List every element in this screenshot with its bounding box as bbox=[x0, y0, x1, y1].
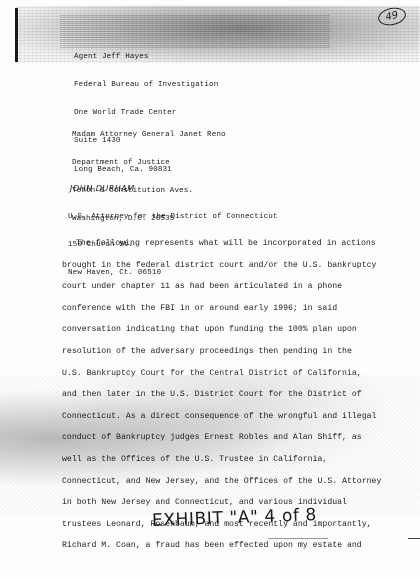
recipient-line: Madam Attorney General Janet Reno bbox=[72, 131, 226, 140]
sender-line: Federal Bureau of Investigation bbox=[74, 81, 218, 90]
page-number: 49 bbox=[385, 10, 400, 23]
document-page: 49 Agent Jeff Hayes Federal Bureau of In… bbox=[0, 0, 420, 577]
recipient-line: U.S. Attorney for the District of Connec… bbox=[68, 213, 278, 222]
body-line: and then later in the U.S. District Cour… bbox=[62, 384, 362, 406]
body-line: court under chapter 11 as had been artic… bbox=[62, 276, 362, 298]
body-line: brought in the federal district court an… bbox=[62, 255, 362, 277]
body-line: Connecticut, and New Jersey, and the Off… bbox=[62, 471, 362, 493]
body-line: Connecticut. As a direct consequence of … bbox=[62, 406, 362, 428]
body-line: conference with the FBI in or around ear… bbox=[62, 298, 362, 320]
body-line: conversation indicating that upon fundin… bbox=[62, 319, 362, 341]
scan-edge-mark bbox=[15, 8, 18, 62]
body-line: The following represents what will be in… bbox=[62, 233, 362, 255]
body-line: conduct of Bankruptcy judges Ernest Robl… bbox=[62, 427, 362, 449]
scan-rule bbox=[408, 538, 420, 539]
body-line: well as the Offices of the U.S. Trustee … bbox=[62, 449, 362, 471]
body-line: resolution of the adversary proceedings … bbox=[62, 341, 362, 363]
body-line: U.S. Bankruptcy Court for the Central Di… bbox=[62, 363, 362, 385]
handwritten-name: JOHN DURHAM bbox=[70, 184, 278, 194]
scan-rule bbox=[268, 538, 328, 539]
sender-line: Agent Jeff Hayes bbox=[74, 53, 218, 62]
